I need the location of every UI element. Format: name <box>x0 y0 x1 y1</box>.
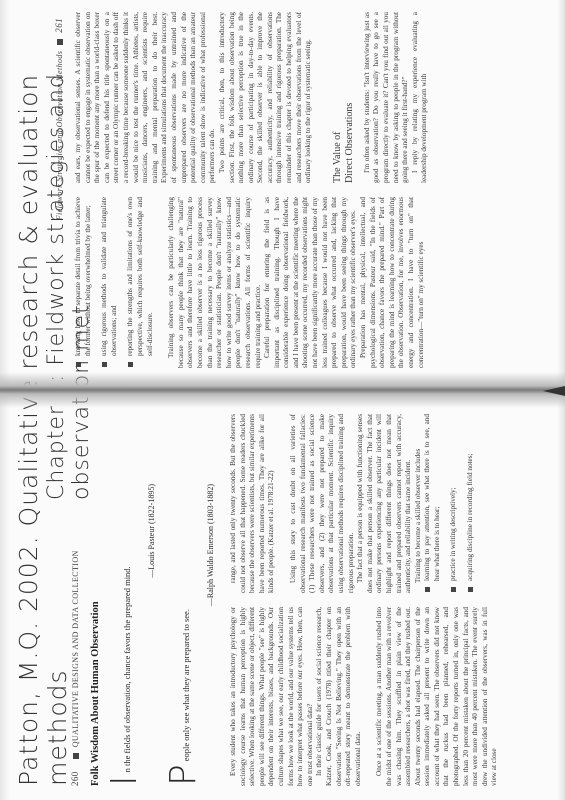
paragraph: Careful preparation for entering the fie… <box>263 197 359 368</box>
right-page: Fieldwork Strategies and Observation Met… <box>70 12 430 368</box>
bullet-item: practice in writing descriptively; <box>449 414 459 593</box>
bullet-item: knowing how to separate detail from triv… <box>74 197 93 368</box>
section-title-line: Direct Observations <box>344 103 355 183</box>
epigraph-attribution: —Louis Pasteur (1822-1895) <box>147 484 156 786</box>
paragraph: Every student who takes an introductory … <box>229 607 315 786</box>
bullet-item: reporting the strengths and limitations … <box>126 197 155 368</box>
square-bullet-icon <box>73 753 79 759</box>
paragraph: I'm often asked by students: "Isn't inte… <box>363 12 411 183</box>
paragraph: Preparation has mental, physical, intell… <box>359 197 426 368</box>
paragraph: In their classic guide for users of soci… <box>315 607 363 786</box>
epigraph-text: eople only see what they are prepared to… <box>181 609 191 761</box>
running-head-left: 260QUALITATIVE DESIGNS AND DATA COLLECTI… <box>70 414 80 786</box>
page-number: 260 <box>70 771 80 786</box>
running-head-text: Fieldwork Strategies and Observation Met… <box>55 51 64 221</box>
epigraph-attribution: —Ralph Waldo Emerson (1803-1882) <box>206 484 215 786</box>
paragraph: Training to become a skilled observer in… <box>414 414 424 593</box>
left-page: 260QUALITATIVE DESIGNS AND DATA COLLECTI… <box>70 414 500 786</box>
square-bullet-icon <box>57 39 63 45</box>
epigraph: In the fields of observation, chance fav… <box>109 414 141 786</box>
column-1: Every student who takes an introductory … <box>229 607 500 786</box>
book-gutter-shadow <box>0 372 565 408</box>
paragraph: and ears, my observational senses. A sci… <box>74 12 218 183</box>
running-head-right: Fieldwork Strategies and Observation Met… <box>54 12 64 220</box>
bullet-item: acquiring discipline in recording field … <box>466 414 476 593</box>
column-1: knowing how to separate detail from triv… <box>74 197 430 368</box>
paragraph: Two points are critical, then, to this i… <box>218 12 314 183</box>
column-2: and ears, my observational senses. A sci… <box>74 12 430 183</box>
block-quote: Once at a scientific meeting, a man sudd… <box>375 607 500 786</box>
book-spread-scan: Patton, M.Q. 2002. Qualitative research … <box>0 0 565 800</box>
paragraph: Using this story to cast doubt on all va… <box>289 414 356 593</box>
bullet-list: knowing how to separate detail from triv… <box>74 197 155 368</box>
epigraph: People only see what they are prepared t… <box>168 414 200 786</box>
bullet-item: using rigorous methods to validate and t… <box>100 197 119 368</box>
block-quote: range, and lasted only twenty seconds. B… <box>229 414 277 593</box>
drop-cap: I <box>104 775 145 786</box>
bullet-list: learning to pay attention, see what ther… <box>423 414 475 593</box>
paragraph: The fact that a person is equipped with … <box>356 414 414 593</box>
epigraph-text: n the fields of observation, chance favo… <box>122 566 132 772</box>
column-2: range, and lasted only twenty seconds. B… <box>229 414 500 593</box>
paragraph: Training observers can be particularly c… <box>167 197 263 368</box>
text-columns: knowing how to separate detail from triv… <box>74 12 430 368</box>
section-title: Folk Wisdom About Human Observation <box>90 414 101 786</box>
bullet-item: learning to pay attention, see what ther… <box>423 414 442 593</box>
drop-cap: P <box>163 764 204 786</box>
text-columns: Every student who takes an introductory … <box>229 414 500 786</box>
running-head-text: QUALITATIVE DESIGNS AND DATA COLLECTION <box>71 550 80 747</box>
paragraph: I reply by relating my experience evalua… <box>411 12 430 183</box>
section-title-line: The Value of <box>332 132 343 183</box>
page-number: 261 <box>54 18 64 33</box>
section-title: The Value of Direct Observations <box>332 12 357 183</box>
